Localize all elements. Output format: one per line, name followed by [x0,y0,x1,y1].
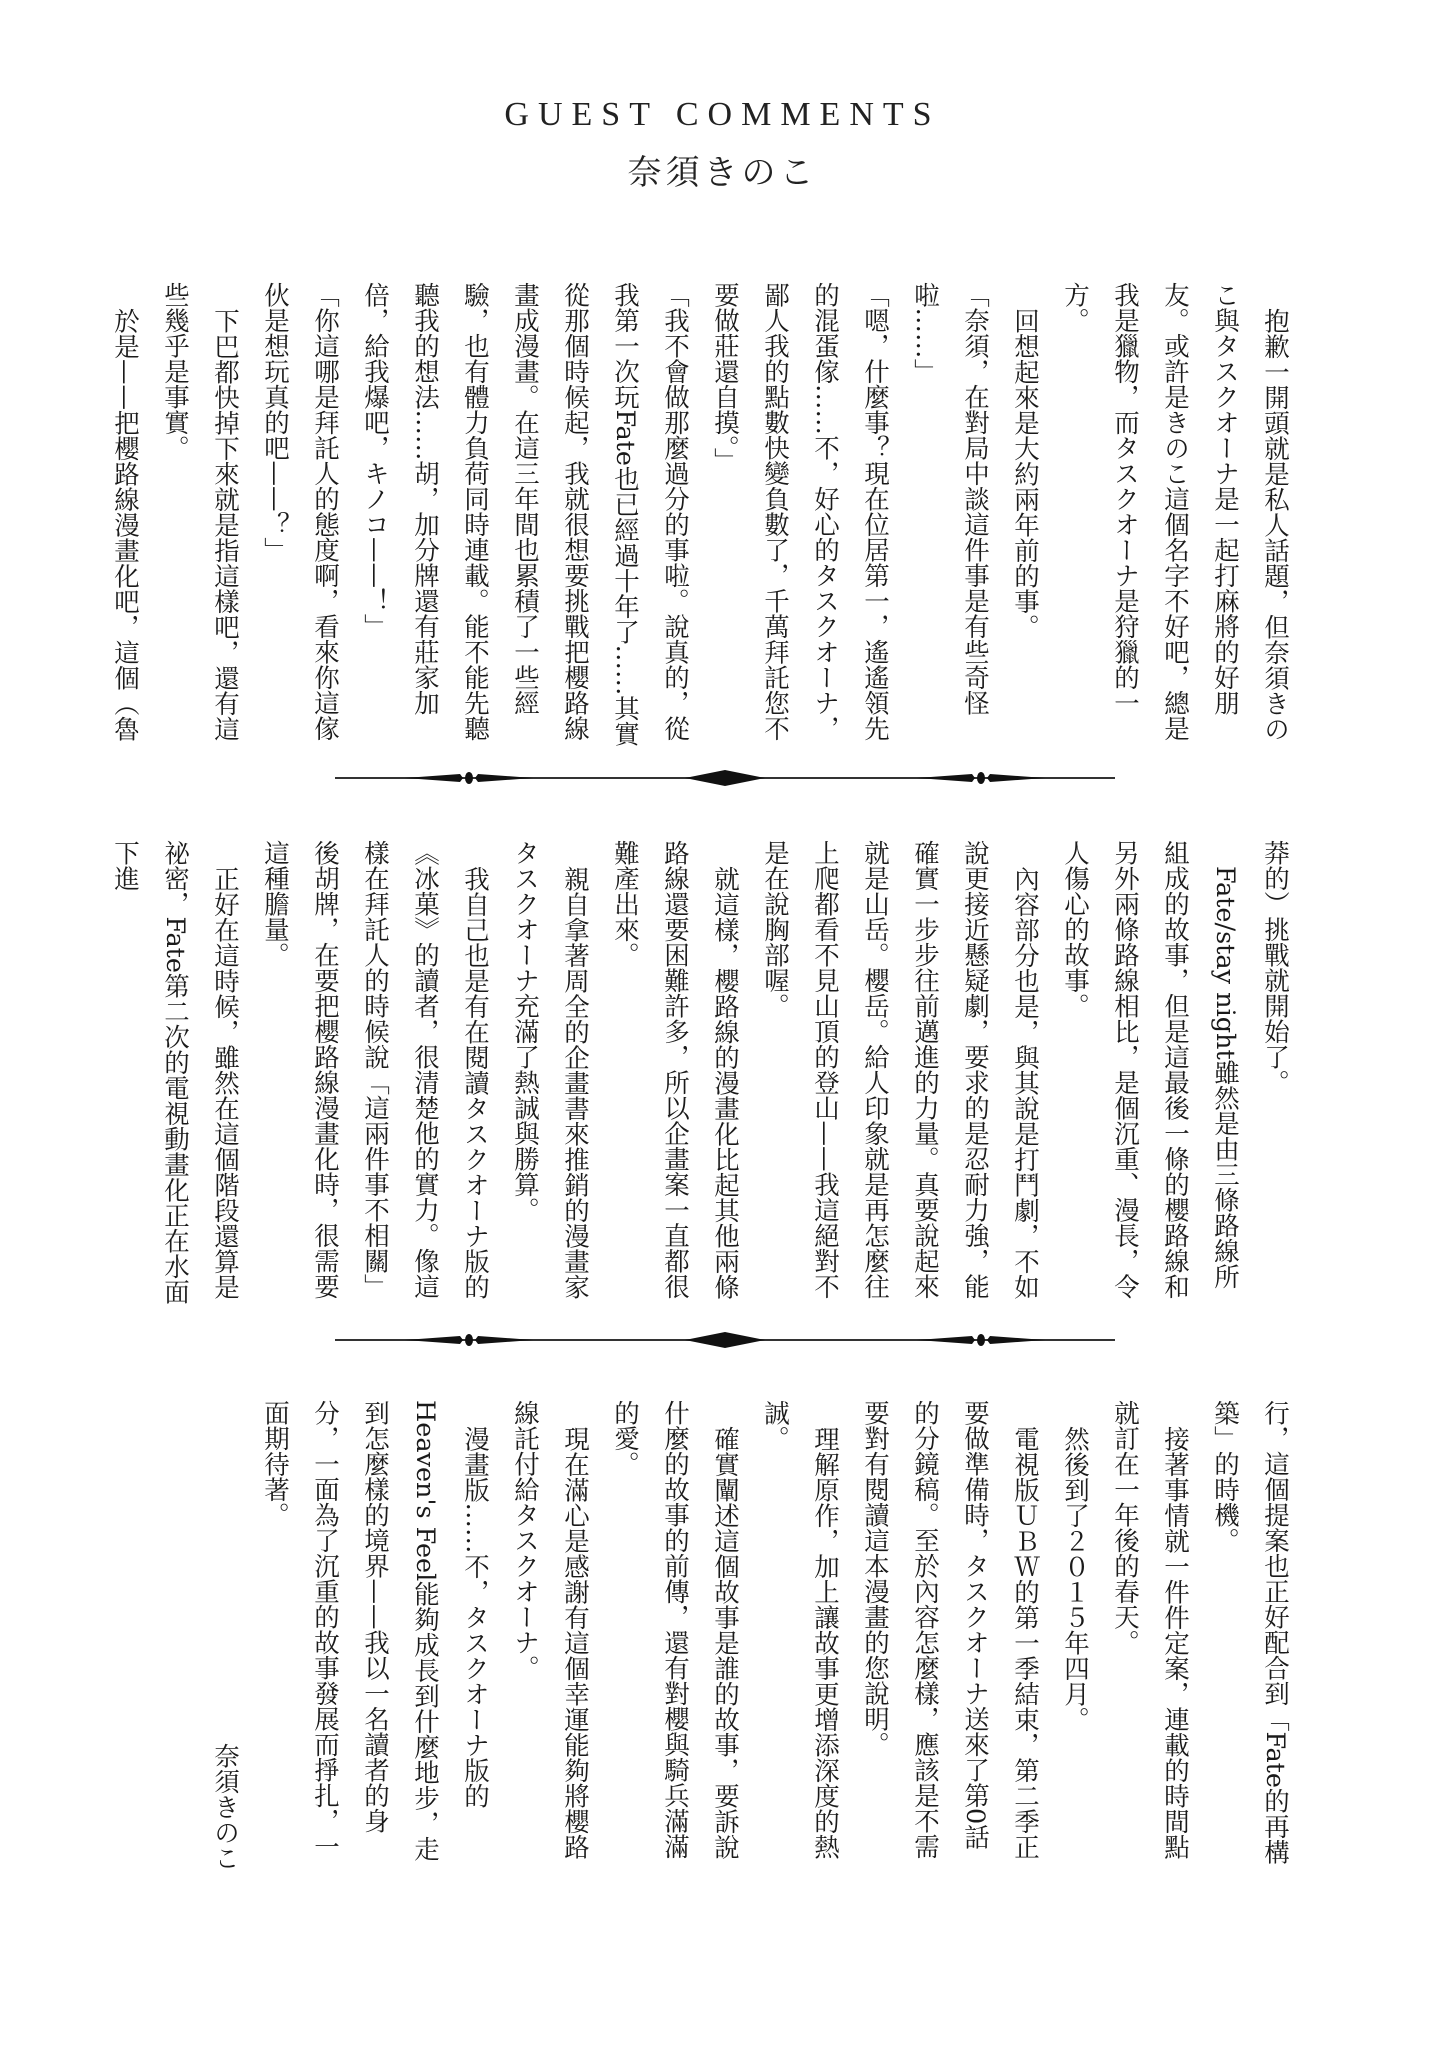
paragraph: 親自拿著周全的企畫書來推銷的漫畫家タスクオーナ充滿了熱誠與勝算。 [500,840,600,1310]
ornament-divider [335,768,1115,788]
paragraph: 莽的）挑戰就開始了。 [1250,840,1300,1310]
paragraph: 「你這哪是拜託人的態度啊，看來你這傢伙是想玩真的吧——？」 [250,282,350,752]
paragraph: 正好在這時候，雖然在這個階段還算是祕密，Fate第二次的電視動畫化正在水面下進 [100,840,250,1310]
paragraph: 「奈須，在對局中談這件事是有些奇怪啦……」 [900,282,1000,752]
paragraph: 現在滿心是感謝有這個幸運能夠將櫻路線託付給タスクオーナ。 [500,1400,600,1870]
paragraph: 內容部分也是，與其說是打鬥劇，不如說更接近懸疑劇，要求的是忍耐力強，能確實一步步… [750,840,1050,1310]
paragraph: 就這樣，櫻路線的漫畫化比起其他兩條路線還要困難許多，所以企畫案一直都很難產出來。 [600,840,750,1310]
paragraph: 漫畫版……不，タスクオーナ版的Heaven's Feel能夠成長到什麼地步，走到… [250,1400,500,1870]
paragraph: Fate/stay night雖然是由三條路線所組成的故事，但是這最後一條的櫻路… [1050,840,1250,1310]
paragraph: 接著事情就一件件定案，連載的時間點就訂在一年後的春天。 [1100,1400,1200,1870]
author-name: 奈須きのこ [0,145,1445,194]
paragraph: 行，這個提案也正好配合到「Fate的再構築」的時機。 [1200,1400,1300,1870]
paragraph: 電視版ＵＢＷ的第一季結束，第二季正要做準備時，タスクオーナ送來了第0話的分鏡稿。… [850,1400,1050,1870]
paragraph: 我自己也是有在閱讀タスクオーナ版的《冰菓》的讀者，很清楚他的實力。像這樣在拜託人… [250,840,500,1310]
paragraph: 然後到了２０１５年四月。 [1050,1400,1100,1870]
paragraph: 抱歉一開頭就是私人話題，但奈須きのこ與タスクオーナ是一起打麻將的好朋友。或許是き… [1050,282,1300,752]
paragraph: 確實闡述這個故事是誰的故事，要訴說什麼的故事的前傳，還有對櫻與騎兵滿滿的愛。 [600,1400,750,1870]
text-section-3: 行，這個提案也正好配合到「Fate的再構築」的時機。接著事情就一件件定案，連載的… [180,1400,1300,1870]
text-section-1: 抱歉一開頭就是私人話題，但奈須きのこ與タスクオーナ是一起打麻將的好朋友。或許是き… [180,282,1300,752]
paragraph: 於是——把櫻路線漫畫化吧，這個（魯 [100,282,150,752]
text-section-2: 莽的）挑戰就開始了。Fate/stay night雖然是由三條路線所組成的故事，… [180,840,1300,1310]
paragraph: 「嗯，什麼事？現在位居第一，遙遙領先的混蛋傢……不，好心的タスクオーナ，鄙人我的… [700,282,900,752]
paragraph: 下巴都快掉下來就是指這樣吧，還有這些幾乎是事實。 [150,282,250,752]
page-title: GUEST COMMENTS [0,96,1445,134]
ornament-divider [335,1330,1115,1350]
signature: 奈須きのこ [200,1400,250,1870]
paragraph: 回想起來是大約兩年前的事。 [1000,282,1050,752]
paragraph: 「我不會做那麼過分的事啦。說真的，從我第一次玩Fate也已經過十年了……其實從那… [350,282,700,752]
paragraph: 理解原作，加上讓故事更增添深度的熱誠。 [750,1400,850,1870]
